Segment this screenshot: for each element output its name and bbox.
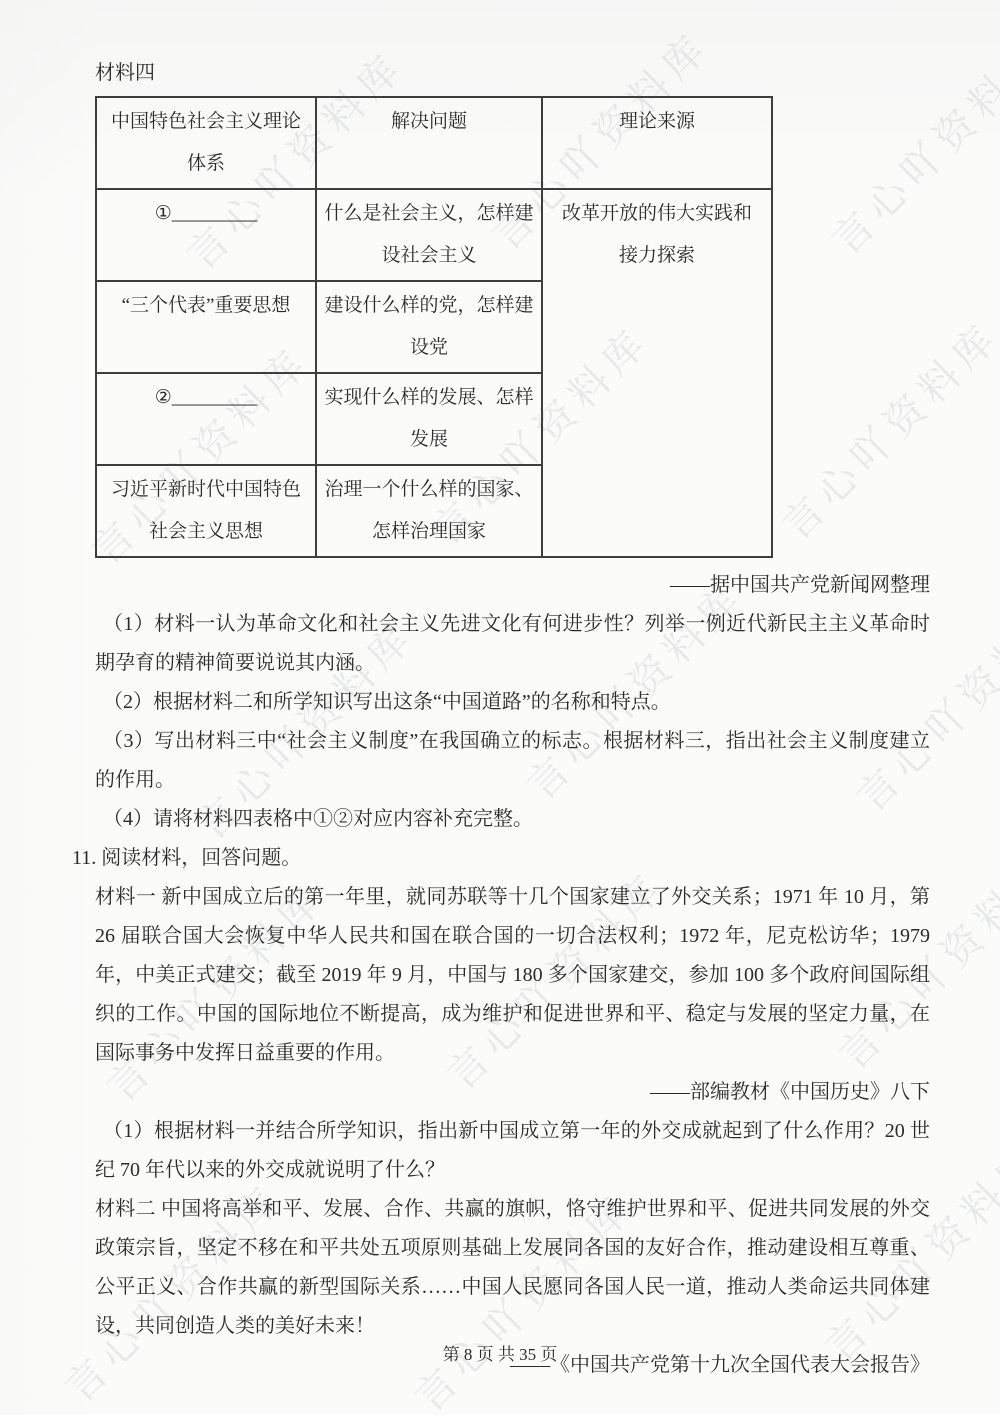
cell-problem-3: 实现什么样的发展、怎样发展 xyxy=(316,373,542,465)
q11-sub-question-1: （1）根据材料一并结合所学知识，指出新中国成立第一年的外交成就起到了什么作用？2… xyxy=(95,1112,930,1190)
cell-problem-4: 治理一个什么样的国家、怎样治理国家 xyxy=(316,465,542,557)
table-header-row: 中国特色社会主义理论体系 解决问题 理论来源 xyxy=(96,97,772,189)
material-four-label: 材料四 xyxy=(95,58,930,92)
q11-material-2: 材料二 中国将高举和平、发展、合作、共赢的旗帜，恪守维护世界和平、促进共同发展的… xyxy=(95,1190,930,1346)
table-header-theory-source: 理论来源 xyxy=(542,97,772,189)
question-11-heading: 11. 阅读材料，回答问题。 xyxy=(72,839,930,878)
cell-theory-source-merged: 改革开放的伟大实践和接力探索 xyxy=(542,189,772,557)
q11-source-1: ——部编教材《中国历史》八下 xyxy=(95,1073,930,1112)
q11-material-1: 材料一 新中国成立后的第一年里，就同苏联等十几个国家建立了外交关系；1971 年… xyxy=(95,878,930,1073)
cell-theory-blank-2: ②_________ xyxy=(96,373,316,465)
question-4: （4）请将材料四表格中①②对应内容补充完整。 xyxy=(95,800,930,839)
page-number-footer: 第 8 页 共 35 页 xyxy=(0,1340,1000,1365)
cell-problem-2: 建设什么样的党，怎样建设党 xyxy=(316,281,542,373)
material-four-table: 中国特色社会主义理论体系 解决问题 理论来源 ①_________ 什么是社会主… xyxy=(95,96,773,558)
table-header-theory-system: 中国特色社会主义理论体系 xyxy=(96,97,316,189)
cell-problem-1: 什么是社会主义，怎样建设社会主义 xyxy=(316,189,542,281)
cell-theory-2: “三个代表”重要思想 xyxy=(96,281,316,373)
table-header-problem-solved: 解决问题 xyxy=(316,97,542,189)
question-3: （3）写出材料三中“社会主义制度”在我国确立的标志。根据材料三，指出社会主义制度… xyxy=(95,722,930,800)
question-1: （1）材料一认为革命文化和社会主义先进文化有何进步性？列举一例近代新民主主义革命… xyxy=(95,605,930,683)
table-row: ①_________ 什么是社会主义，怎样建设社会主义 改革开放的伟大实践和接力… xyxy=(96,189,772,281)
cell-theory-4: 习近平新时代中国特色社会主义思想 xyxy=(96,465,316,557)
cell-theory-blank-1: ①_________ xyxy=(96,189,316,281)
document-content: 材料四 中国特色社会主义理论体系 解决问题 理论来源 ①_________ 什么… xyxy=(95,0,930,1385)
question-2: （2）根据材料二和所学知识写出这条“中国道路”的名称和特点。 xyxy=(95,683,930,722)
table-citation: ——据中国共产党新闻网整理 xyxy=(95,566,930,605)
